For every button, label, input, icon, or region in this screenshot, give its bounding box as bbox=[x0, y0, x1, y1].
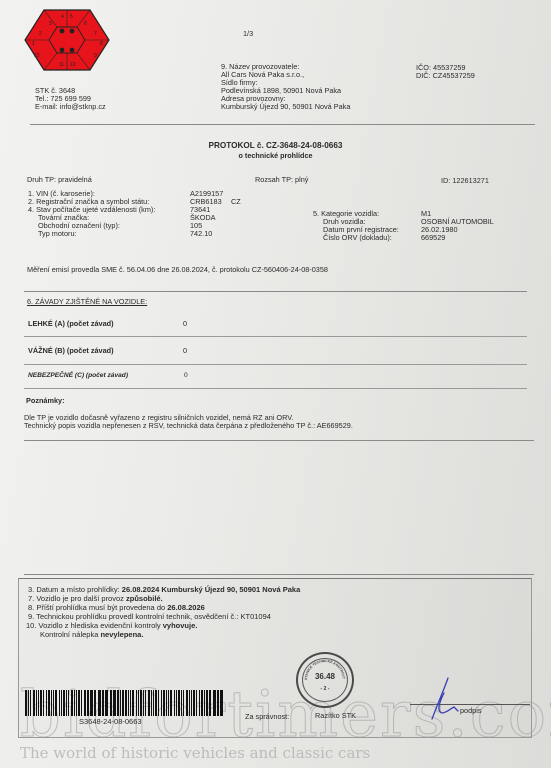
svg-text:3: 3 bbox=[49, 21, 52, 27]
signature-label: podpis bbox=[460, 707, 482, 715]
watermark-tagline: The world of historic vehicles and class… bbox=[20, 744, 370, 762]
stk-hexagon-logo-icon: 4 5 36 27 18 129 1110 bbox=[24, 9, 110, 71]
engine-label: Typ motoru: bbox=[38, 230, 77, 238]
signature-icon bbox=[420, 675, 470, 725]
barcode-text: S3648-24-08-0663 bbox=[79, 718, 142, 726]
stamp-sub: - 2 - bbox=[298, 686, 352, 692]
page-indicator: 1/3 bbox=[243, 30, 253, 38]
defect-light-count: 0 bbox=[183, 320, 187, 328]
notes-line-2: Technický popis vozidla nepřenesen z RSV… bbox=[24, 422, 353, 430]
defect-dangerous-label: NEBEZPEČNÉ (C) (počet závad) bbox=[28, 372, 128, 380]
svg-text:5: 5 bbox=[70, 14, 73, 20]
svg-text:2: 2 bbox=[39, 31, 42, 37]
document-page: 4 5 36 27 18 129 1110 1/3 STK č. 3648 Te… bbox=[0, 0, 551, 768]
divider bbox=[24, 574, 534, 575]
inspection-scope: Rozsah TP: plný bbox=[255, 176, 308, 184]
svg-text:12: 12 bbox=[34, 53, 40, 59]
svg-text:1: 1 bbox=[32, 41, 35, 47]
correctness-label: Za správnost: bbox=[245, 713, 289, 721]
notes-heading: Poznámky: bbox=[26, 397, 65, 405]
operator-dic: DIČ: CZ45537259 bbox=[416, 72, 475, 80]
divider bbox=[24, 364, 527, 365]
stk-email[interactable]: E-mail: info@stknp.cz bbox=[35, 103, 106, 111]
divider bbox=[24, 291, 527, 292]
engine-value: 742.10 bbox=[190, 230, 212, 238]
svg-text:7: 7 bbox=[94, 31, 97, 37]
divider bbox=[30, 124, 535, 125]
country-symbol: CZ bbox=[231, 198, 241, 206]
defect-dangerous-count: 0 bbox=[184, 372, 188, 380]
svg-text:8: 8 bbox=[100, 41, 103, 47]
divider bbox=[24, 336, 527, 337]
stamp-number: 36.48 bbox=[298, 672, 352, 681]
orv-value: 669529 bbox=[421, 234, 445, 242]
svg-text:9: 9 bbox=[94, 53, 97, 59]
operator-premises: Kumburský Újezd 90, 50901 Nová Paka bbox=[221, 103, 350, 111]
protocol-title: PROTOKOL č. CZ-3648-24-08-0663 bbox=[0, 141, 551, 150]
divider bbox=[24, 388, 527, 389]
svg-text:10: 10 bbox=[70, 62, 76, 68]
stk-stamp: STANICE TECHNICKÉ KONTROLY 36.48 - 2 - bbox=[296, 652, 354, 708]
orv-label: Číslo ORV (dokladu): bbox=[323, 234, 392, 242]
defects-heading: 6. ZÁVADY ZJIŠTĚNÉ NA VOZIDLE: bbox=[27, 298, 147, 306]
stamp-label: Razítko STK bbox=[315, 712, 356, 720]
protocol-subtitle: o technické prohlídce bbox=[0, 151, 551, 160]
defect-serious-label: VÁŽNÉ (B) (počet závad) bbox=[28, 347, 114, 355]
svg-text:11: 11 bbox=[59, 62, 64, 68]
defect-light-label: LEHKÉ (A) (počet závad) bbox=[28, 320, 114, 328]
protocol-id: ID: 122613271 bbox=[441, 177, 489, 185]
divider bbox=[24, 440, 534, 441]
emissions-note: Měření emisí provedla SME č. 56.04.06 dn… bbox=[27, 266, 328, 274]
inspection-type: Druh TP: pravidelná bbox=[27, 176, 92, 184]
summary-item-sticker: Kontrolní nálepka nevylepena. bbox=[40, 631, 143, 639]
defect-serious-count: 0 bbox=[183, 347, 187, 355]
barcode bbox=[25, 690, 225, 716]
svg-text:4: 4 bbox=[61, 14, 64, 20]
svg-text:6: 6 bbox=[84, 21, 87, 27]
